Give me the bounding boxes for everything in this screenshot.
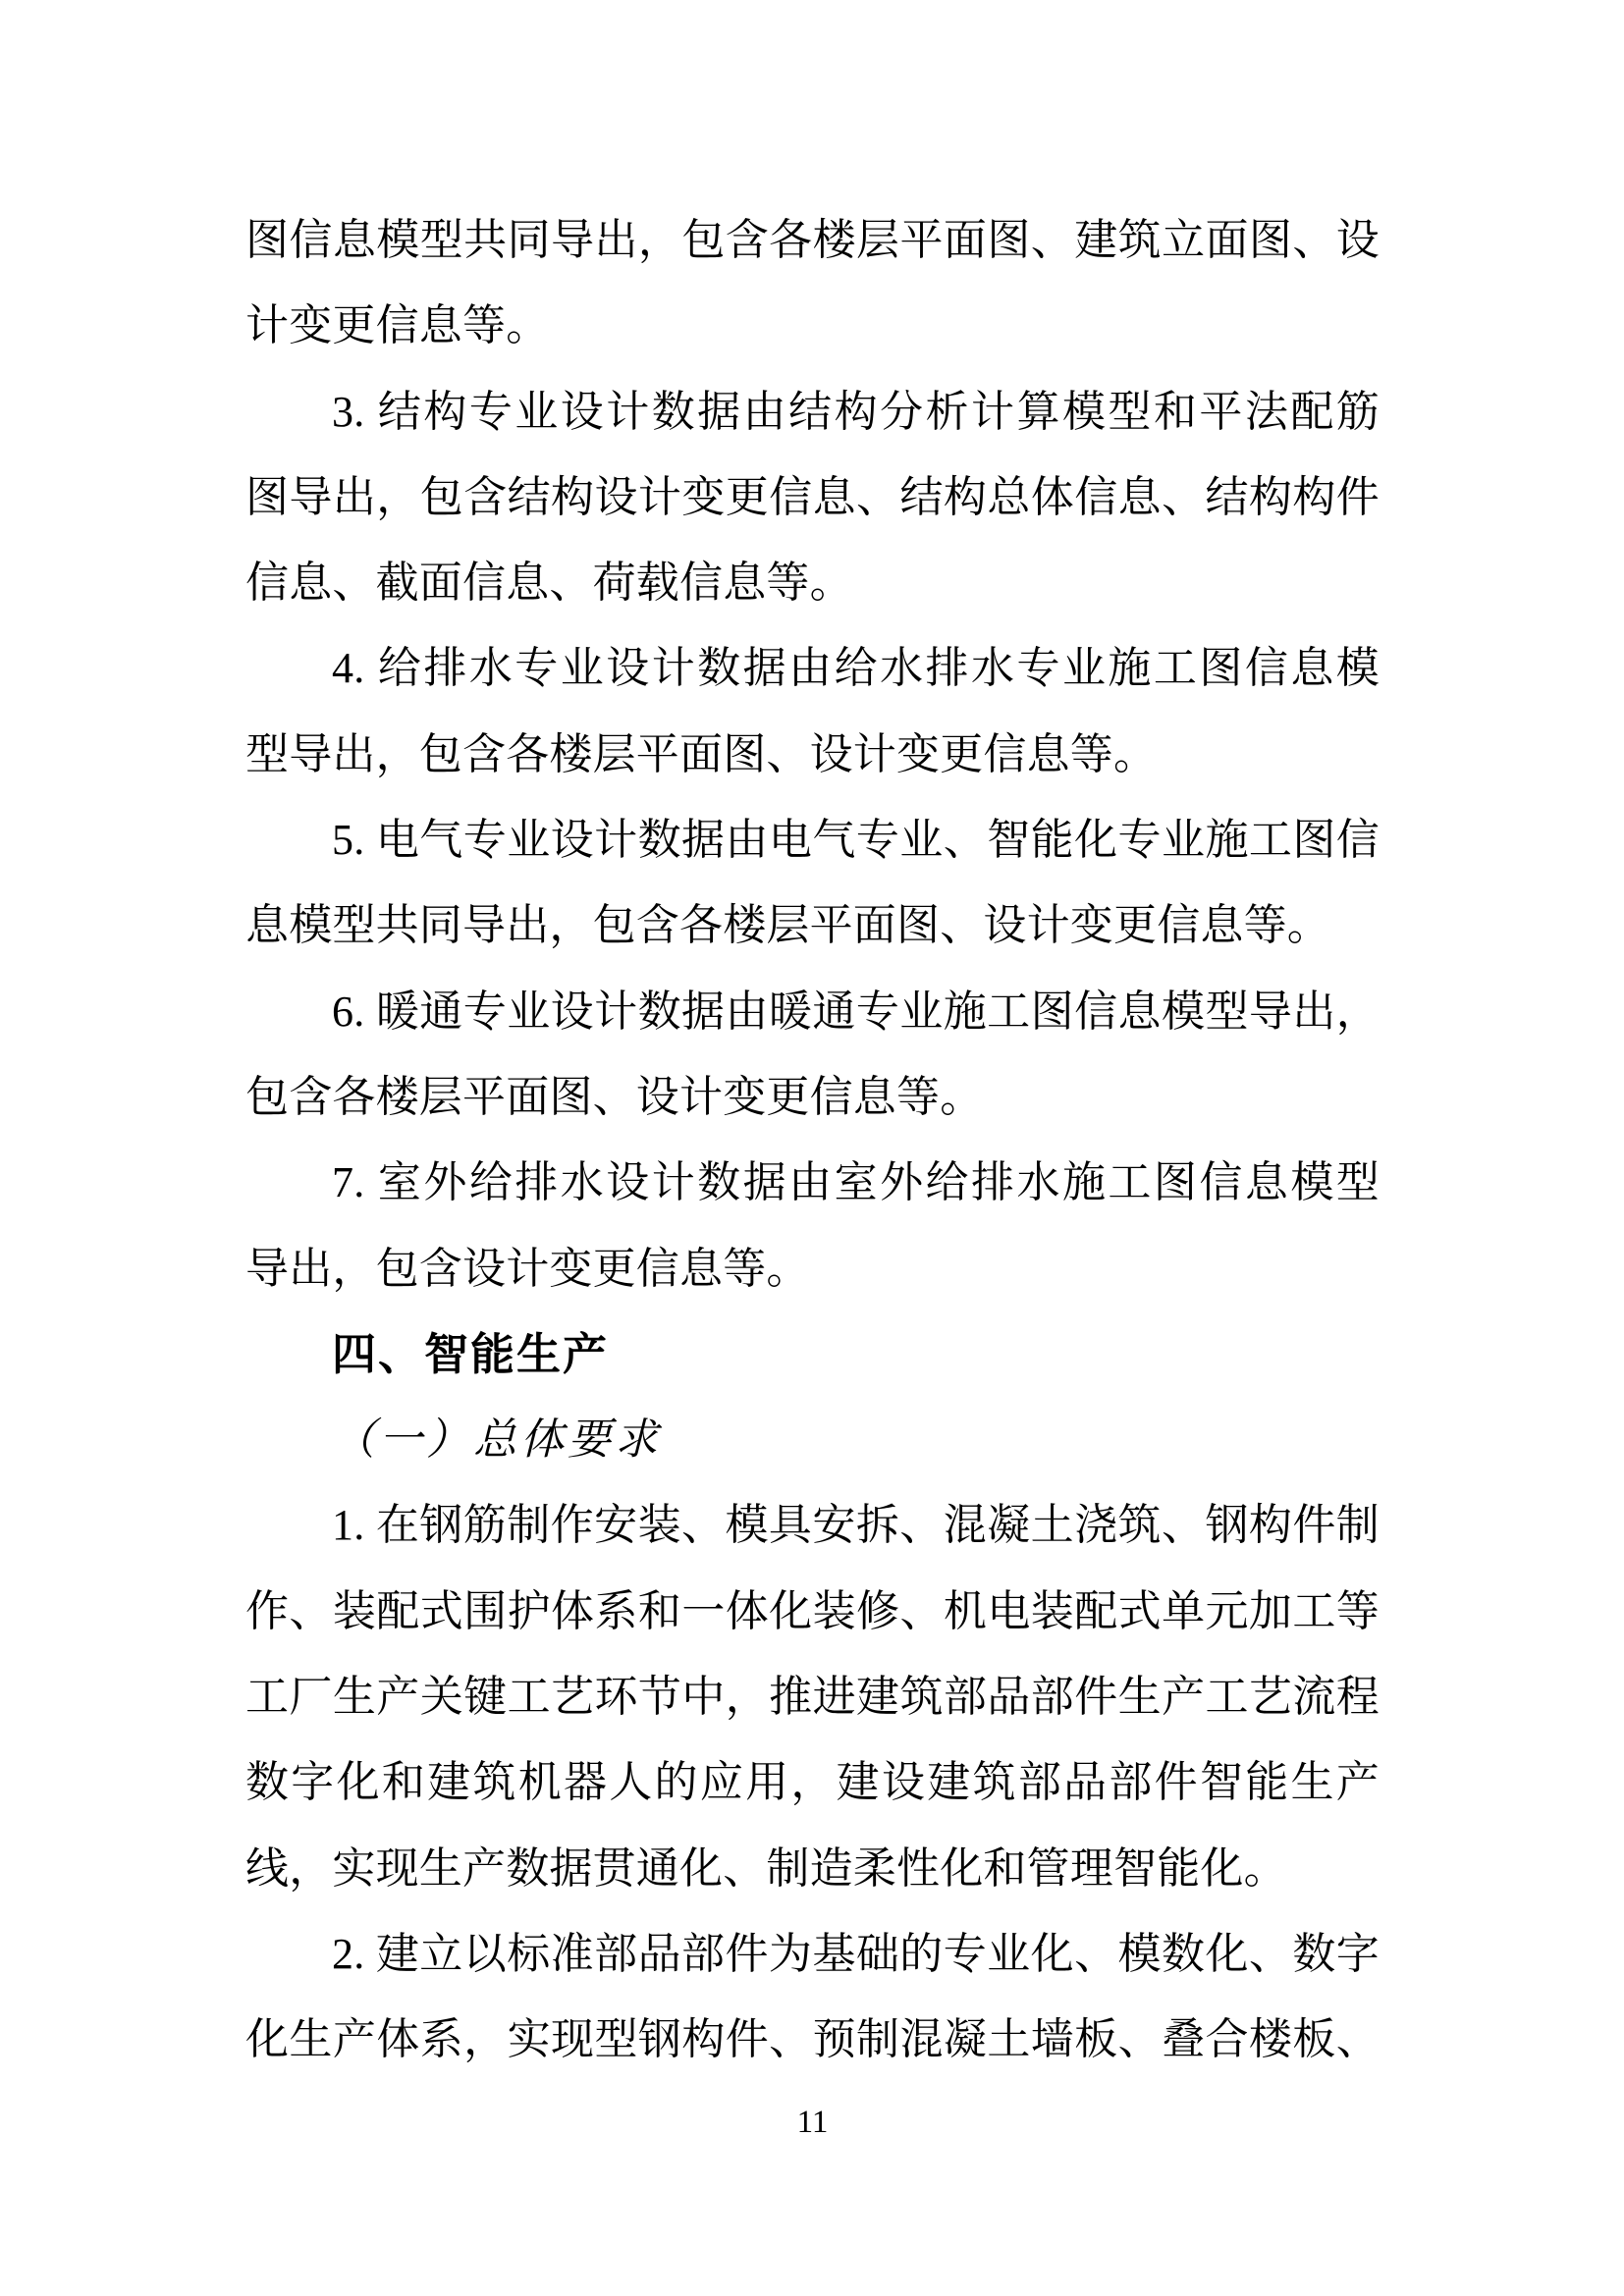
text-line: 包含各楼层平面图、设计变更信息等。	[245, 1054, 1380, 1140]
text-line: 4. 给排水专业设计数据由给水排水专业施工图信息模	[245, 625, 1380, 711]
text-line: 计变更信息等。	[245, 283, 1380, 368]
text-line: 3. 结构专业设计数据由结构分析计算模型和平法配筋	[245, 369, 1380, 454]
document-text-block: 图信息模型共同导出，包含各楼层平面图、建筑立面图、设 计变更信息等。 3. 结构…	[245, 197, 1380, 2083]
text-line: 5. 电气专业设计数据由电气专业、智能化专业施工图信	[245, 797, 1380, 882]
text-line: 息模型共同导出，包含各楼层平面图、设计变更信息等。	[245, 882, 1380, 968]
text-line: 数字化和建筑机器人的应用，建设建筑部品部件智能生产	[245, 1739, 1380, 1825]
text-line: 图导出，包含结构设计变更信息、结构总体信息、结构构件	[245, 454, 1380, 540]
text-line: 图信息模型共同导出，包含各楼层平面图、建筑立面图、设	[245, 197, 1380, 283]
text-line: 7. 室外给排水设计数据由室外给排水施工图信息模型	[245, 1140, 1380, 1225]
text-line: 工厂生产关键工艺环节中，推进建筑部品部件生产工艺流程	[245, 1654, 1380, 1739]
subsection-heading: （一）总体要求	[245, 1397, 1380, 1482]
text-line: 1. 在钢筋制作安装、模具安拆、混凝土浇筑、钢构件制	[245, 1482, 1380, 1568]
text-line: 6. 暖通专业设计数据由暖通专业施工图信息模型导出，	[245, 969, 1380, 1054]
text-line: 2. 建立以标准部品部件为基础的专业化、模数化、数字	[245, 1911, 1380, 1997]
text-line: 线，实现生产数据贯通化、制造柔性化和管理智能化。	[245, 1826, 1380, 1911]
text-line: 型导出，包含各楼层平面图、设计变更信息等。	[245, 712, 1380, 797]
document-page: 图信息模型共同导出，包含各楼层平面图、建筑立面图、设 计变更信息等。 3. 结构…	[0, 0, 1624, 2296]
text-line: 化生产体系，实现型钢构件、预制混凝土墙板、叠合楼板、	[245, 1997, 1380, 2082]
text-line: 导出，包含设计变更信息等。	[245, 1226, 1380, 1311]
page-number: 11	[245, 2103, 1380, 2142]
section-heading: 四、智能生产	[245, 1311, 1380, 1397]
text-line: 作、装配式围护体系和一体化装修、机电装配式单元加工等	[245, 1569, 1380, 1654]
text-line: 信息、截面信息、荷载信息等。	[245, 540, 1380, 625]
